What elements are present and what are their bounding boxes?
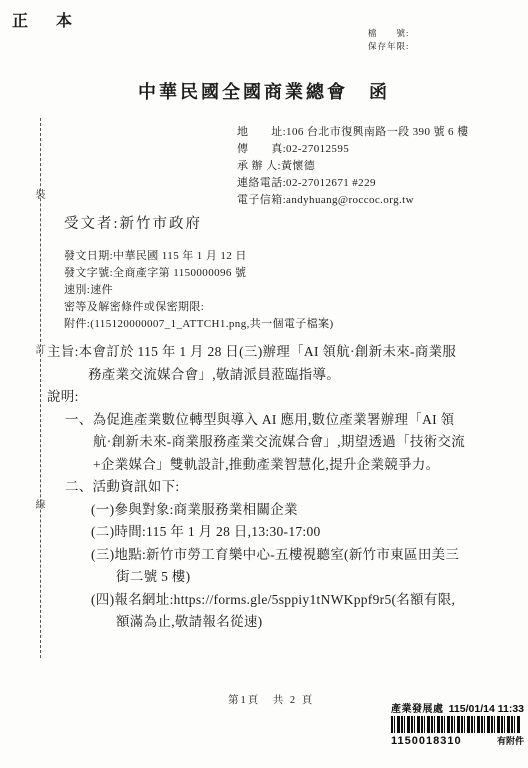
stamp-receipt-number: 1150018310 bbox=[391, 735, 462, 747]
sender-contact-block: 地 址:106 台北市復興南路一段 390 號 6 樓 傳 真:02-27012… bbox=[237, 124, 469, 209]
letter-body: 主旨:本會訂於 115 年 1 月 28 日(三)辦理「AI 領航·創新未來-商… bbox=[47, 341, 468, 634]
document-page: 正 本 檔 號: 保存年限: 中華民國全國商業總會 函 地 址:106 台北市復… bbox=[0, 0, 528, 768]
stamp-department: 產業發展處 bbox=[391, 700, 444, 715]
attachment-line: 附件:(115120000007_1_ATTCH1.png,共一個電子檔案) bbox=[64, 316, 334, 333]
archive-info: 檔 號: 保存年限: bbox=[368, 27, 409, 53]
list-item-2: 二、活動資訊如下: bbox=[65, 476, 468, 499]
list-item-2-text: 活動資訊如下: bbox=[93, 479, 180, 494]
sender-fax-line: 傳 真:02-27012595 bbox=[237, 141, 469, 158]
document-title: 中華民國全國商業總會 函 bbox=[0, 78, 528, 104]
issue-date-line: 發文日期:中華民國 115 年 1 月 12 日 bbox=[64, 248, 334, 265]
list-item-1-text: 為促進產業數位轉型與導入 AI 應用,數位產業署辦理「AI 領航·創新未來-商業… bbox=[93, 412, 465, 472]
subject-paragraph: 主旨:本會訂於 115 年 1 月 28 日(三)辦理「AI 領航·創新未來-商… bbox=[47, 341, 468, 386]
priority-line: 速別:速件 bbox=[64, 282, 334, 299]
subject-text: 本會訂於 115 年 1 月 28 日(三)辦理「AI 領航·創新未來-商業服務… bbox=[79, 344, 457, 382]
explanation-label: 說明: bbox=[47, 386, 468, 409]
sender-phone-line: 連絡電話:02-27012671 #229 bbox=[237, 175, 469, 192]
subject-label: 主旨: bbox=[47, 344, 79, 359]
sender-contact-person-line: 承 辦 人:黃懷德 bbox=[237, 158, 469, 175]
recipient-line: 受文者:新竹市政府 bbox=[64, 212, 202, 233]
stamp-datetime: 115/01/14 11:33 bbox=[449, 703, 524, 715]
receipt-stamp: 產業發展處 115/01/14 11:33 1150018310 有附件 bbox=[391, 700, 524, 747]
list-item-1-number: 一、 bbox=[65, 412, 93, 427]
binding-mark-xian: 線 bbox=[34, 496, 47, 511]
sub-item-time: (二)時間:115 年 1 月 28 日,13:30-17:00 bbox=[91, 521, 468, 544]
document-meta-block: 發文日期:中華民國 115 年 1 月 12 日 發文字號:全商產字第 1150… bbox=[64, 248, 334, 333]
file-number-label: 檔 號: bbox=[368, 27, 409, 40]
stamp-barcode bbox=[391, 716, 521, 733]
list-item-1: 一、為促進產業數位轉型與導入 AI 應用,數位產業署辦理「AI 領航·創新未來-… bbox=[65, 409, 468, 477]
sender-address-line: 地 址:106 台北市復興南路一段 390 號 6 樓 bbox=[237, 124, 469, 141]
binding-mark-zhuang: 裝 bbox=[34, 186, 47, 201]
stamp-footer-row: 1150018310 有附件 bbox=[391, 734, 524, 747]
copy-type-label: 正 本 bbox=[12, 8, 78, 31]
reference-number-line: 發文字號:全商產字第 1150000096 號 bbox=[64, 265, 334, 282]
list-item-2-number: 二、 bbox=[65, 479, 93, 494]
binding-mark-ding: 訂 bbox=[34, 341, 47, 356]
stamp-header-row: 產業發展處 115/01/14 11:33 bbox=[391, 700, 524, 715]
sub-item-location: (三)地點:新竹市勞工育樂中心-五樓視聽室(新竹市東區田美三街二號 5 樓) bbox=[91, 544, 468, 589]
page-number-footer: 第1頁 共 2 頁 bbox=[228, 692, 314, 707]
sender-email-line: 電子信箱:andyhuang@roccoc.org.tw bbox=[237, 192, 469, 209]
classification-line: 密等及解密條件或保密期限: bbox=[64, 299, 334, 316]
stamp-attachment-note: 有附件 bbox=[497, 734, 524, 747]
sub-item-participants: (一)參與對象:商業服務業相關企業 bbox=[91, 499, 468, 522]
retention-period-label: 保存年限: bbox=[368, 40, 409, 53]
sub-item-registration-url: (四)報名網址:https://forms.gle/5sppiy1tNWKppf… bbox=[91, 589, 468, 634]
